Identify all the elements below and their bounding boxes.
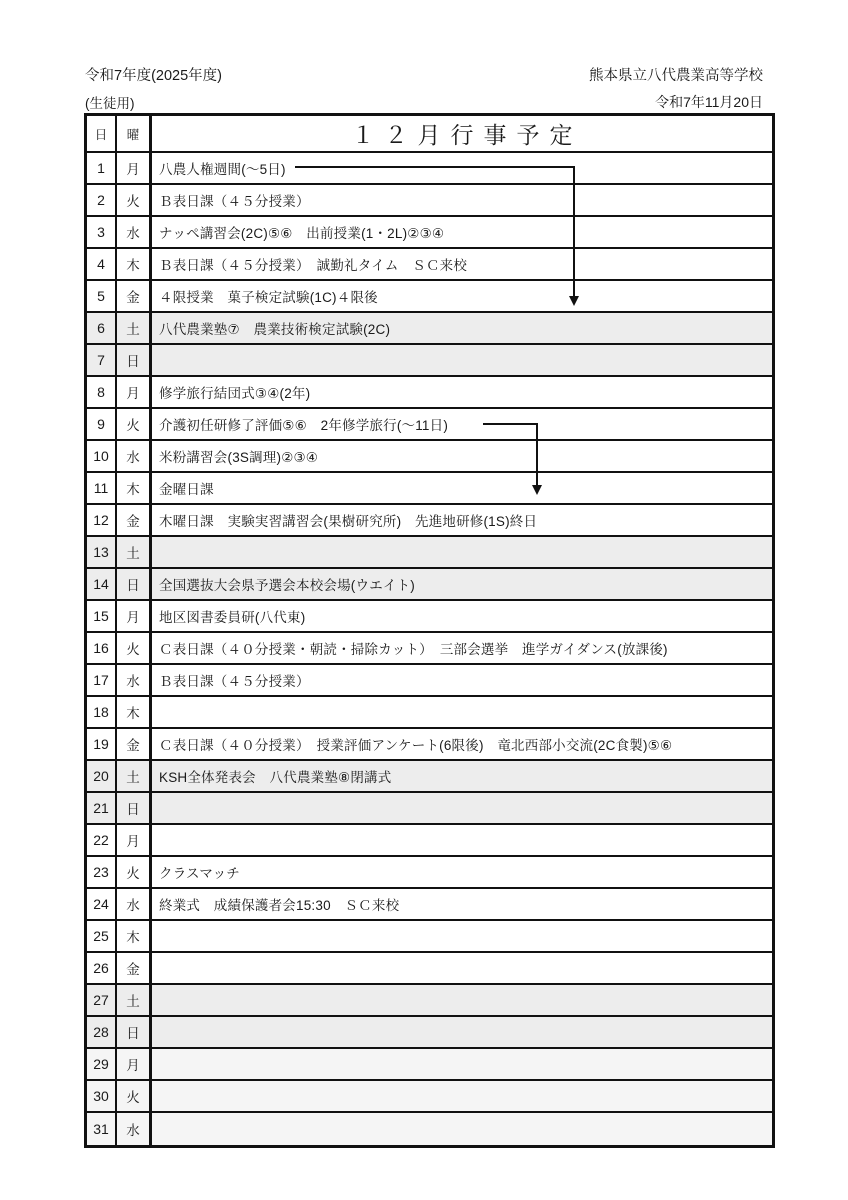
weekday-cell: 木 — [117, 921, 152, 951]
table-row: 31 水 — [87, 1113, 772, 1145]
event-cell — [152, 697, 772, 727]
event-cell — [152, 537, 772, 567]
day-cell: 29 — [87, 1049, 117, 1079]
event-cell — [152, 1113, 772, 1145]
weekday-cell: 土 — [117, 761, 152, 791]
weekday-cell: 金 — [117, 505, 152, 535]
table-row: 6 土 八代農業塾⑦ 農業技術検定試験(2C) — [87, 313, 772, 345]
event-cell: クラスマッチ — [152, 857, 772, 887]
event-cell: 介護初任研修了評価⑤⑥ 2年修学旅行(～11日) — [152, 409, 772, 439]
weekday-cell: 水 — [117, 217, 152, 247]
event-cell — [152, 1017, 772, 1047]
table-row: 19 金 Ｃ表日課（４０分授業） 授業評価アンケート(6限後) 竜北西部小交流(… — [87, 729, 772, 761]
day-cell: 15 — [87, 601, 117, 631]
event-cell — [152, 345, 772, 375]
event-cell: KSH全体発表会 八代農業塾⑧閉講式 — [152, 761, 772, 791]
table-row: 9 火 介護初任研修了評価⑤⑥ 2年修学旅行(～11日) — [87, 409, 772, 441]
weekday-cell: 月 — [117, 601, 152, 631]
weekday-cell: 金 — [117, 281, 152, 311]
event-cell — [152, 1049, 772, 1079]
day-cell: 14 — [87, 569, 117, 599]
weekday-cell: 木 — [117, 473, 152, 503]
weekday-cell: 月 — [117, 153, 152, 183]
weekday-cell: 金 — [117, 729, 152, 759]
col-header-weekday: 曜 — [117, 116, 152, 151]
day-cell: 28 — [87, 1017, 117, 1047]
weekday-cell: 木 — [117, 249, 152, 279]
table-row: 3 水 ナッペ講習会(2C)⑤⑥ 出前授業(1・2L)②③④ — [87, 217, 772, 249]
event-cell: ４限授業 菓子検定試験(1C)４限後 — [152, 281, 772, 311]
table-row: 29 月 — [87, 1049, 772, 1081]
weekday-cell: 日 — [117, 345, 152, 375]
event-cell: 金曜日課 — [152, 473, 772, 503]
day-cell: 12 — [87, 505, 117, 535]
weekday-cell: 日 — [117, 1017, 152, 1047]
day-cell: 13 — [87, 537, 117, 567]
table-row: 23 火 クラスマッチ — [87, 857, 772, 889]
event-cell: ナッペ講習会(2C)⑤⑥ 出前授業(1・2L)②③④ — [152, 217, 772, 247]
day-cell: 18 — [87, 697, 117, 727]
table-row: 2 火 Ｂ表日課（４５分授業） — [87, 185, 772, 217]
event-cell: 八農人権週間(～5日) — [152, 153, 772, 183]
table-row: 22 月 — [87, 825, 772, 857]
event-cell: Ｂ表日課（４５分授業） 誠勤礼タイム ＳＣ来校 — [152, 249, 772, 279]
table-row: 30 火 — [87, 1081, 772, 1113]
weekday-cell: 土 — [117, 985, 152, 1015]
weekday-cell: 日 — [117, 569, 152, 599]
day-cell: 30 — [87, 1081, 117, 1111]
day-cell: 25 — [87, 921, 117, 951]
weekday-cell: 火 — [117, 1081, 152, 1111]
table-row: 24 水 終業式 成績保護者会15:30 ＳＣ来校 — [87, 889, 772, 921]
weekday-cell: 水 — [117, 1113, 152, 1145]
table-row: 14 日 全国選抜大会県予選会本校会場(ウエイト) — [87, 569, 772, 601]
weekday-cell: 火 — [117, 633, 152, 663]
table-row: 18 木 — [87, 697, 772, 729]
table-row: 17 水 Ｂ表日課（４５分授業） — [87, 665, 772, 697]
table-row: 16 火 Ｃ表日課（４０分授業・朝読・掃除カット） 三部会選挙 進学ガイダンス(… — [87, 633, 772, 665]
day-cell: 5 — [87, 281, 117, 311]
table-header-row: 日 曜 １２月行事予定 — [87, 116, 772, 153]
day-cell: 27 — [87, 985, 117, 1015]
table-row: 27 土 — [87, 985, 772, 1017]
day-cell: 26 — [87, 953, 117, 983]
table-title: １２月行事予定 — [152, 116, 772, 151]
weekday-cell: 土 — [117, 313, 152, 343]
weekday-cell: 火 — [117, 185, 152, 215]
table-row: 12 金 木曜日課 実験実習講習会(果樹研究所) 先進地研修(1S)終日 — [87, 505, 772, 537]
table-row: 7 日 — [87, 345, 772, 377]
table-row: 4 木 Ｂ表日課（４５分授業） 誠勤礼タイム ＳＣ来校 — [87, 249, 772, 281]
day-cell: 22 — [87, 825, 117, 855]
table-row: 11 木 金曜日課 — [87, 473, 772, 505]
day-cell: 19 — [87, 729, 117, 759]
event-cell: Ｂ表日課（４５分授業） — [152, 665, 772, 695]
event-cell: Ｃ表日課（４０分授業・朝読・掃除カット） 三部会選挙 進学ガイダンス(放課後) — [152, 633, 772, 663]
col-header-day: 日 — [87, 116, 117, 151]
day-cell: 16 — [87, 633, 117, 663]
event-cell: 木曜日課 実験実習講習会(果樹研究所) 先進地研修(1S)終日 — [152, 505, 772, 535]
weekday-cell: 木 — [117, 697, 152, 727]
table-row: 21 日 — [87, 793, 772, 825]
table-row: 15 月 地区図書委員研(八代東) — [87, 601, 772, 633]
schedule-table: 日 曜 １２月行事予定 1 月 八農人権週間(～5日) 2 火 Ｂ表日課（４５分… — [84, 113, 775, 1148]
event-cell — [152, 1081, 772, 1111]
weekday-cell: 火 — [117, 857, 152, 887]
day-cell: 17 — [87, 665, 117, 695]
weekday-cell: 金 — [117, 953, 152, 983]
day-cell: 2 — [87, 185, 117, 215]
day-cell: 8 — [87, 377, 117, 407]
event-cell: 修学旅行結団式③④(2年) — [152, 377, 772, 407]
table-row: 26 金 — [87, 953, 772, 985]
day-cell: 7 — [87, 345, 117, 375]
audience-label: (生徒用) — [85, 92, 135, 112]
day-cell: 6 — [87, 313, 117, 343]
day-cell: 11 — [87, 473, 117, 503]
table-row: 10 水 米粉講習会(3S調理)②③④ — [87, 441, 772, 473]
table-row: 20 土 KSH全体発表会 八代農業塾⑧閉講式 — [87, 761, 772, 793]
day-cell: 21 — [87, 793, 117, 823]
event-cell — [152, 985, 772, 1015]
event-cell — [152, 921, 772, 951]
fiscal-year-label: 令和7年度(2025年度) — [85, 64, 222, 85]
weekday-cell: 月 — [117, 1049, 152, 1079]
weekday-cell: 月 — [117, 377, 152, 407]
event-cell: 地区図書委員研(八代東) — [152, 601, 772, 631]
event-cell: 終業式 成績保護者会15:30 ＳＣ来校 — [152, 889, 772, 919]
table-row: 13 土 — [87, 537, 772, 569]
table-row: 28 日 — [87, 1017, 772, 1049]
day-cell: 24 — [87, 889, 117, 919]
weekday-cell: 水 — [117, 665, 152, 695]
event-cell — [152, 793, 772, 823]
table-row: 1 月 八農人権週間(～5日) — [87, 153, 772, 185]
day-cell: 1 — [87, 153, 117, 183]
day-cell: 10 — [87, 441, 117, 471]
event-cell: 全国選抜大会県予選会本校会場(ウエイト) — [152, 569, 772, 599]
school-name: 熊本県立八代農業高等学校 — [589, 64, 763, 85]
weekday-cell: 水 — [117, 441, 152, 471]
event-cell: Ｃ表日課（４０分授業） 授業評価アンケート(6限後) 竜北西部小交流(2C食製)… — [152, 729, 772, 759]
day-cell: 23 — [87, 857, 117, 887]
table-row: 5 金 ４限授業 菓子検定試験(1C)４限後 — [87, 281, 772, 313]
day-cell: 31 — [87, 1113, 117, 1145]
event-cell — [152, 825, 772, 855]
day-cell: 3 — [87, 217, 117, 247]
issued-date: 令和7年11月20日 — [655, 92, 763, 112]
day-cell: 20 — [87, 761, 117, 791]
day-cell: 9 — [87, 409, 117, 439]
schedule-rows: 1 月 八農人権週間(～5日) 2 火 Ｂ表日課（４５分授業） 3 水 ナッペ講… — [87, 153, 772, 1145]
weekday-cell: 月 — [117, 825, 152, 855]
weekday-cell: 水 — [117, 889, 152, 919]
table-row: 25 木 — [87, 921, 772, 953]
event-cell: 米粉講習会(3S調理)②③④ — [152, 441, 772, 471]
table-row: 8 月 修学旅行結団式③④(2年) — [87, 377, 772, 409]
event-cell: Ｂ表日課（４５分授業） — [152, 185, 772, 215]
event-cell — [152, 953, 772, 983]
weekday-cell: 土 — [117, 537, 152, 567]
event-cell: 八代農業塾⑦ 農業技術検定試験(2C) — [152, 313, 772, 343]
day-cell: 4 — [87, 249, 117, 279]
weekday-cell: 火 — [117, 409, 152, 439]
weekday-cell: 日 — [117, 793, 152, 823]
